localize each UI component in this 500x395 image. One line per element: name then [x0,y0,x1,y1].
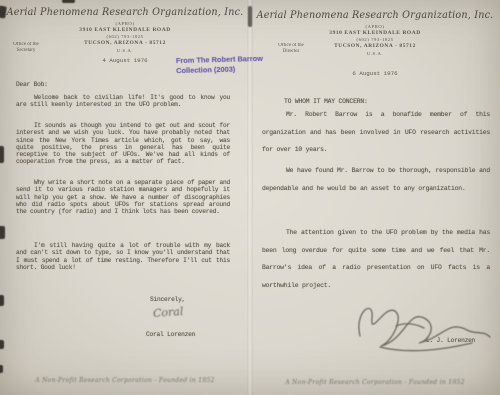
handwritten-signature: Coral [153,305,184,320]
closing-line: Sincerely, [150,296,185,303]
body-paragraph: I'm still having quite a lot of trouble … [16,242,230,271]
letterhead-phone-line: (602) 793-1825 [0,34,250,39]
scan-artifact [0,226,5,239]
body-paragraph: Mr. Robert Barrow is a bonafide member o… [262,106,490,159]
scan-artifact [0,295,4,306]
scan-artifact [0,340,4,349]
office-label: Office of the Director [270,43,312,55]
letterhead-apro-line: (APRO) [0,21,250,26]
scan-artifact [62,0,75,3]
letterhead-phone-line: (602) 793-1825 [250,37,500,42]
office-label-line2: Director [270,49,312,55]
body-paragraph: Why write a short note on a separate pie… [16,179,230,215]
scan-artifact [0,146,4,163]
typed-signature: Coral Lorenzen [146,331,195,338]
body-paragraph: The attention given to the UFO problem b… [262,224,490,294]
letterhead-address-line: 3910 EAST KLEINDALE ROAD [0,27,250,33]
body-paragraph: Welcome back to civilian life! It's good… [16,94,230,109]
letterhead-address-line: 3910 EAST KLEINDALE ROAD [250,30,500,36]
greeting-line: Dear Bob: [16,81,48,88]
letterhead-org-name: Aerial Phenomena Research Organization, … [255,10,495,21]
letterhead-apro-line: (APRO) [250,24,500,29]
body-paragraph: We have found Mr. Barrow to be thorough,… [262,162,490,197]
scan-artifact [0,365,3,373]
scan-artifact [248,6,252,27]
handwritten-signature-scribble [350,292,495,354]
footer-line: A Non-Profit Research Corporation - Foun… [0,377,250,384]
footer-line: A Non-Profit Research Corporation - Foun… [250,379,500,386]
date-line: 6 August 1976 [250,70,500,77]
letterhead-org-name: Aerial Phenomena Research Organization, … [5,7,245,18]
office-label: Office of the Secretary [6,42,46,54]
office-label-line2: Secretary [6,48,46,54]
body-paragraph: It sounds as though you intend to get ou… [16,122,230,166]
scanned-letters-document: Aerial Phenomena Research Organization, … [0,0,500,395]
collection-stamp: From The Robert Barrow Collection (2003) [176,54,264,75]
